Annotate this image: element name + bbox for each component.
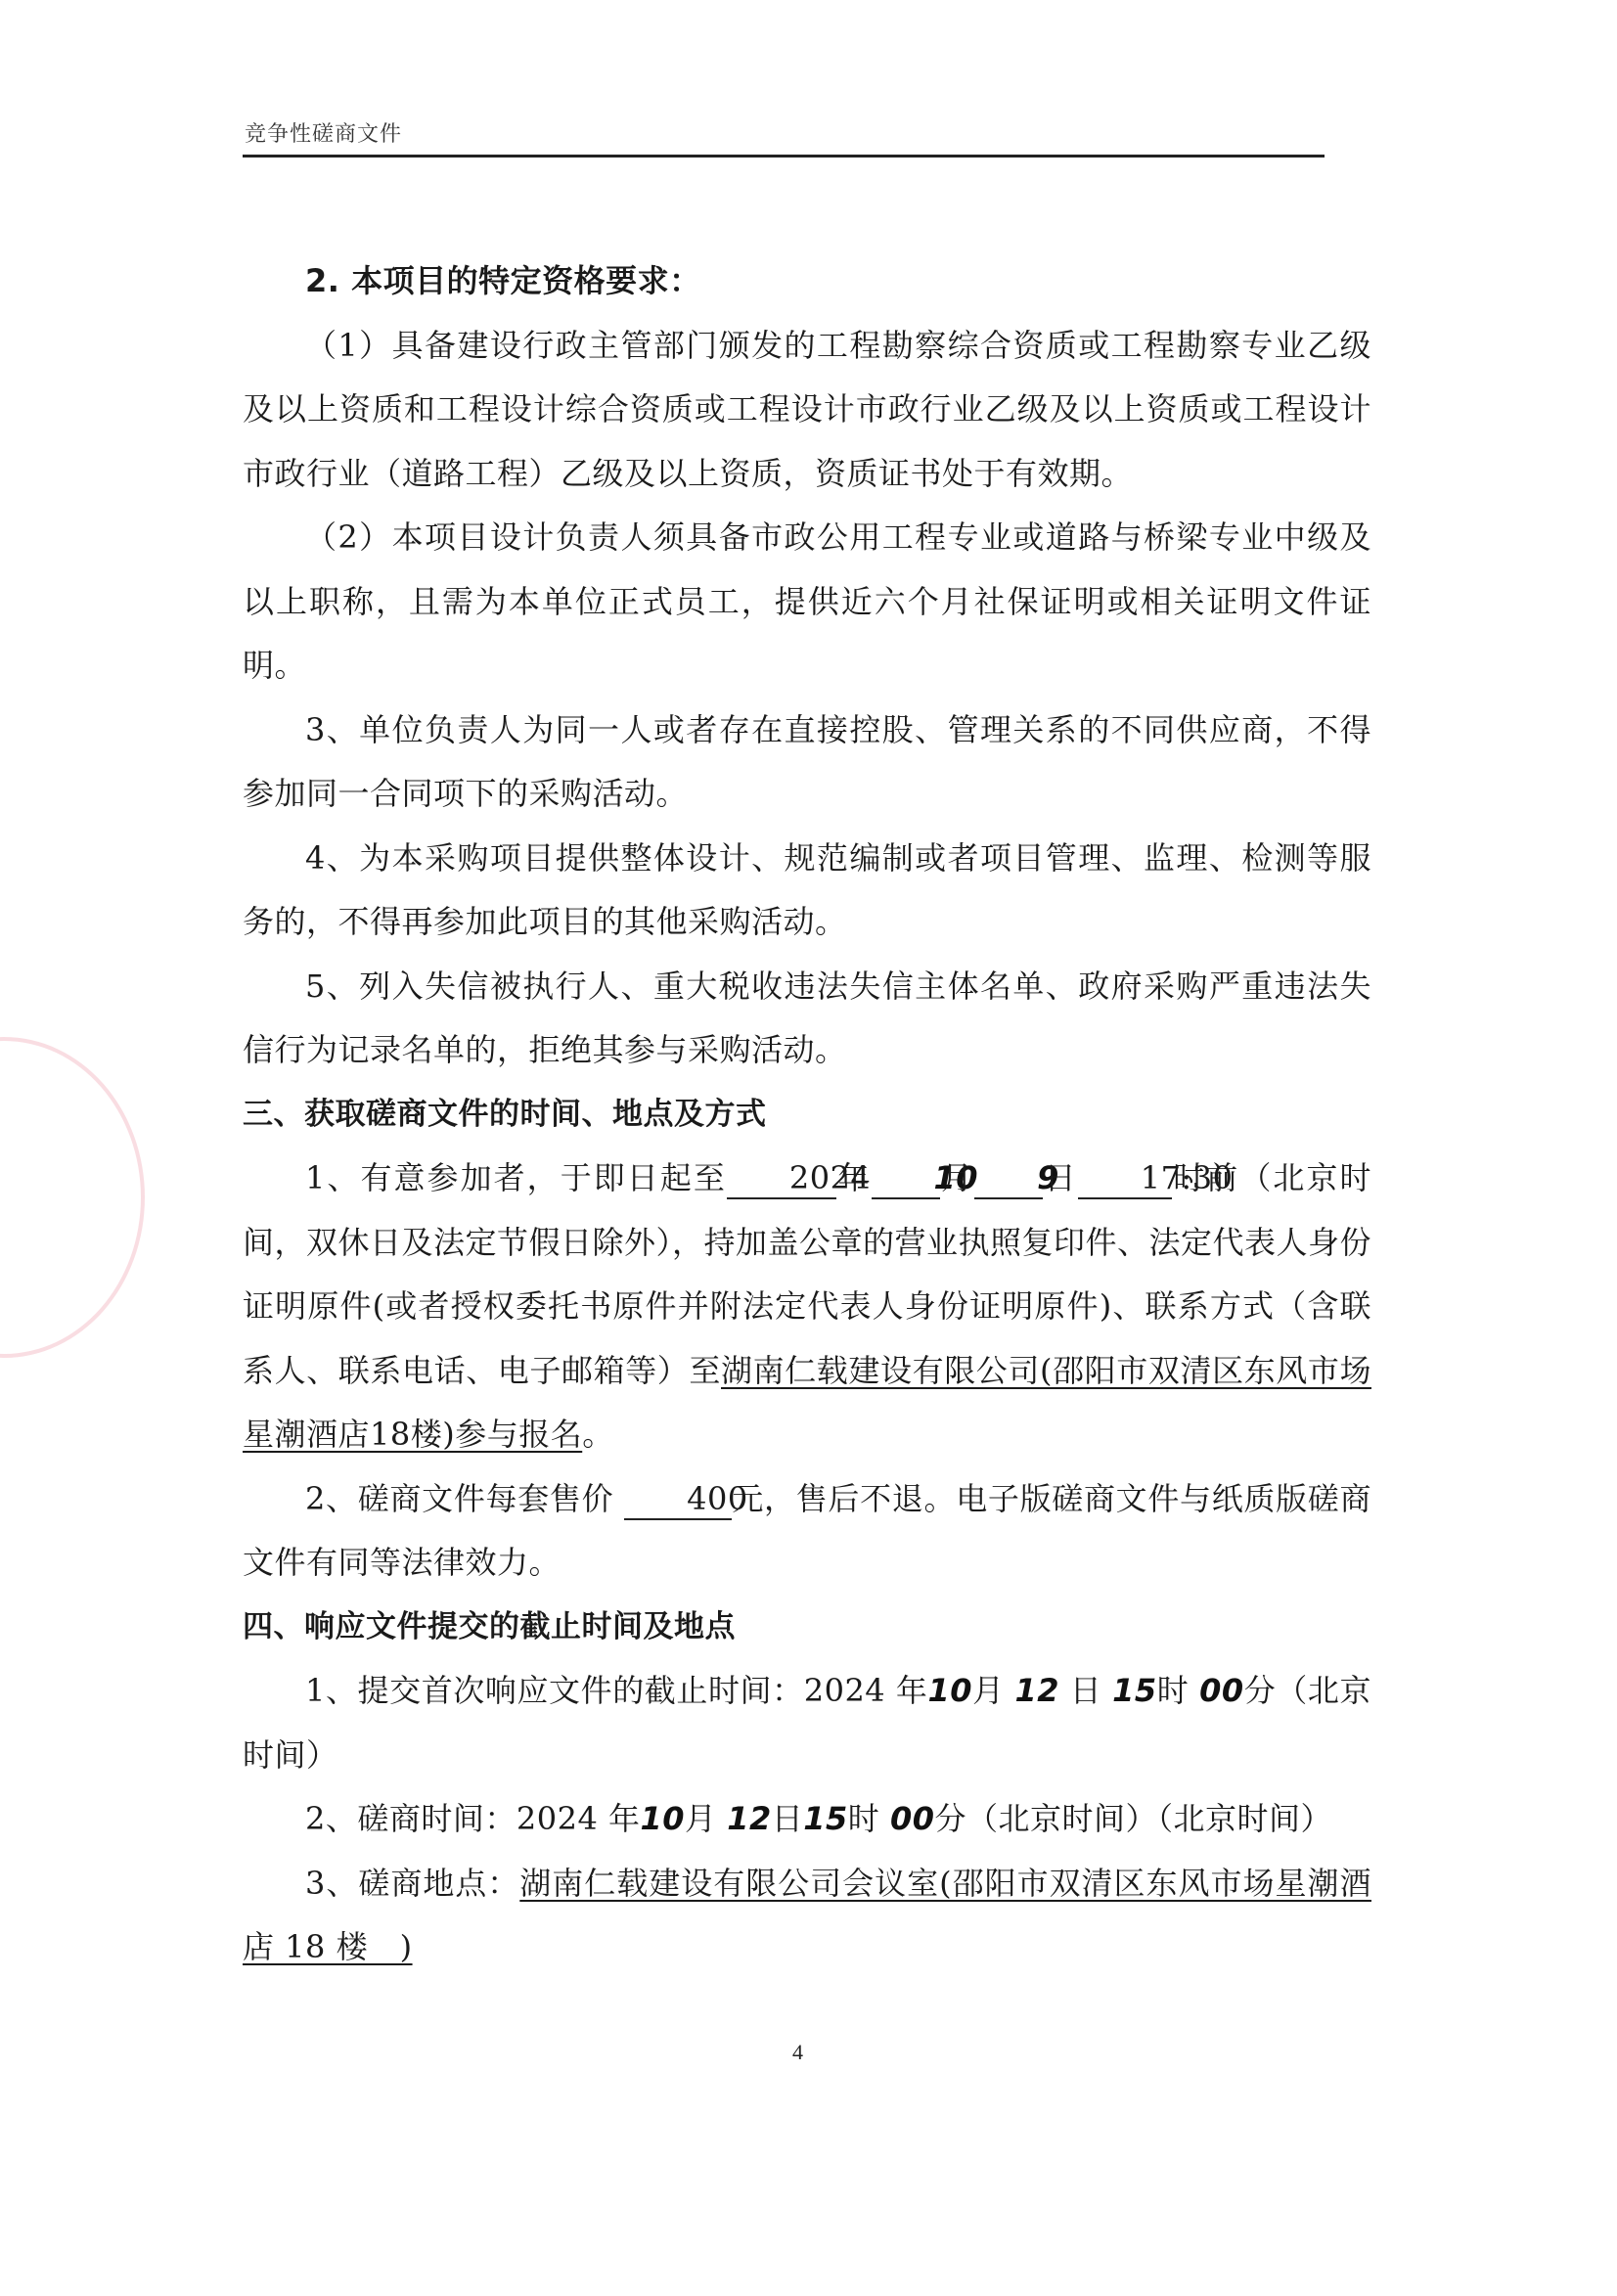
- qualification-heading: 2. 本项目的特定资格要求：: [243, 249, 1371, 314]
- day-handwritten: 12: [1014, 1672, 1059, 1709]
- month-handwritten: 10: [872, 1158, 940, 1199]
- page-header: 竞争性磋商文件: [243, 121, 1325, 158]
- month-handwritten: 10: [928, 1672, 973, 1709]
- hour-label: 时: [1157, 1672, 1190, 1709]
- minute-handwritten: 00: [890, 1800, 935, 1837]
- time-blank: 17:30: [1078, 1158, 1172, 1199]
- day-handwritten: 9: [974, 1158, 1043, 1199]
- qualification-item-1: （1）具备建设行政主管部门颁发的工程勘察综合资质或工程勘察专业乙级及以上资质和工…: [243, 314, 1371, 507]
- section-3-item-2: 2、磋商文件每套售价 400元，售后不退。电子版磋商文件与纸质版磋商文件有同等法…: [243, 1467, 1371, 1596]
- minute-handwritten: 00: [1199, 1672, 1244, 1709]
- hour-label: 时: [848, 1800, 880, 1837]
- clause-3: 3、单位负责人为同一人或者存在直接控股、管理关系的不同供应商，不得参加同一合同项…: [243, 698, 1371, 827]
- year-blank: 2024: [727, 1158, 836, 1199]
- qualification-item-2: （2）本项目设计负责人须具备市政公用工程专业或道路与桥梁专业中级及以上职称，且需…: [243, 506, 1371, 698]
- section-3-heading: 三、获取磋商文件的时间、地点及方式: [243, 1083, 1371, 1148]
- section-4-item-2: 2、磋商时间：2024 年10月 12日15时 00分（北京时间）（北京时间）: [243, 1787, 1371, 1852]
- item-text: 2、磋商文件每套售价: [305, 1480, 613, 1517]
- hour-handwritten: 15: [803, 1800, 848, 1837]
- red-seal-stamp-partial: [0, 1037, 145, 1358]
- item-text: 1、提交首次响应文件的截止时间：2024 年: [305, 1672, 928, 1709]
- section-4-item-1: 1、提交首次响应文件的截止时间：2024 年10月 12 日 15时 00分（北…: [243, 1659, 1371, 1787]
- day-handwritten: 12: [727, 1800, 772, 1837]
- day-label: 日: [1059, 1672, 1101, 1709]
- clause-5: 5、列入失信被执行人、重大税收违法失信主体名单、政府采购严重违法失信行为记录名单…: [243, 955, 1371, 1083]
- document-body: 2. 本项目的特定资格要求： （1）具备建设行政主管部门颁发的工程勘察综合资质或…: [243, 249, 1371, 1980]
- hour-handwritten: 15: [1112, 1672, 1157, 1709]
- section-4-item-3: 3、磋商地点：湖南仁载建设有限公司会议室(邵阳市双清区东风市场星潮酒店 18 楼…: [243, 1852, 1371, 1980]
- year-label: 年: [836, 1159, 872, 1196]
- month-label: 月: [940, 1159, 975, 1196]
- item-text: 3、磋商地点：: [305, 1865, 519, 1902]
- day-label: 日: [1043, 1159, 1078, 1196]
- month-handwritten: 10: [640, 1800, 685, 1837]
- item-text: 分（北京时间）（北京时间）: [935, 1800, 1333, 1837]
- day-label: 日: [772, 1800, 804, 1837]
- document-header-title: 竞争性磋商文件: [243, 121, 1325, 149]
- period: 。: [582, 1416, 614, 1453]
- page-number: 4: [792, 2040, 803, 2065]
- section-4-heading: 四、响应文件提交的截止时间及地点: [243, 1596, 1371, 1660]
- header-rule: [243, 155, 1325, 158]
- section-3-item-1: 1、有意参加者，于即日起至2024年10月9日17:30时前（北京时间，双休日及…: [243, 1147, 1371, 1467]
- month-label: 月: [972, 1672, 1005, 1709]
- month-label: 月: [685, 1800, 717, 1837]
- item-text: 1、有意参加者，于即日起至: [305, 1159, 727, 1196]
- price-blank: 400: [624, 1479, 732, 1520]
- item-text: 2、磋商时间：2024 年: [305, 1800, 640, 1837]
- clause-4: 4、为本采购项目提供整体设计、规范编制或者项目管理、监理、检测等服务的，不得再参…: [243, 827, 1371, 955]
